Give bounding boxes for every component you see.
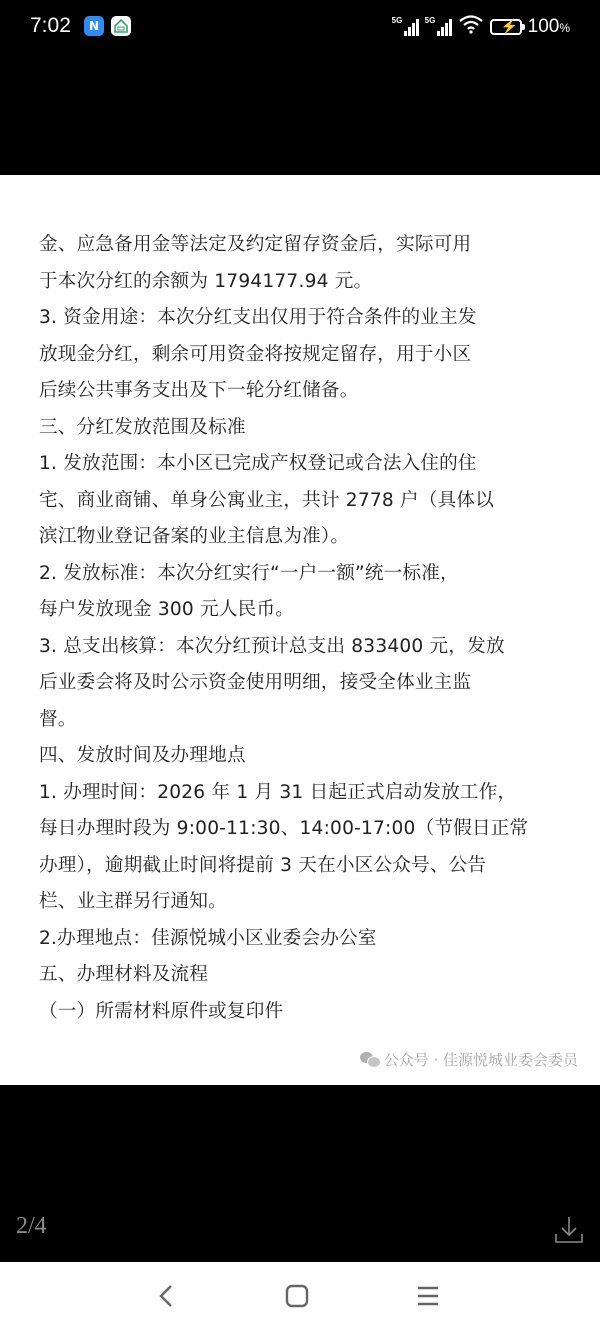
page-indicator: 2/4: [16, 1213, 47, 1240]
cellular-signal-2-icon: 5G: [425, 18, 452, 36]
document-line: 后续公共事务支出及下一轮分红储备。: [39, 373, 564, 410]
status-indicators: 5G 5G ⚡ 100%: [392, 14, 570, 40]
download-button[interactable]: [553, 1214, 585, 1246]
document-line: 每日办理时段为 9:00-11:30、14:00-17:00（节假日正常: [39, 811, 564, 848]
home-button[interactable]: [279, 1278, 315, 1314]
smart-home-icon: [111, 16, 131, 36]
wechat-icon: [360, 1052, 380, 1067]
document-line: 3. 总支出核算：本次分红预计总支出 833400 元，发放: [39, 629, 564, 666]
document-line: 1. 办理时间：2026 年 1 月 31 日起正式启动发放工作，: [39, 775, 564, 812]
menu-icon: [416, 1284, 440, 1308]
recents-button[interactable]: [410, 1278, 446, 1314]
document-line: （一）所需材料原件或复印件: [39, 994, 564, 1031]
document-text: 金、应急备用金等法定及约定留存资金后，实际可用于本次分红的余额为 1794177…: [39, 227, 564, 1030]
download-icon: [553, 1214, 585, 1246]
document-line: 金、应急备用金等法定及约定留存资金后，实际可用: [39, 227, 564, 264]
document-line: 2. 发放标准：本次分红实行“一户一额”统一标准，: [39, 556, 564, 593]
wifi-icon: [458, 14, 484, 40]
document-line: 2.办理地点：佳源悦城小区业委会办公室: [39, 921, 564, 958]
back-button[interactable]: [148, 1278, 184, 1314]
document-line: 1. 发放范围：本小区已完成产权登记或合法入住的住: [39, 446, 564, 483]
document-line: 办理），逾期截止时间将提前 3 天在小区公众号、公告: [39, 848, 564, 885]
document-line: 三、分红发放范围及标准: [39, 410, 564, 447]
document-line: 于本次分红的余额为 1794177.94 元。: [39, 264, 564, 301]
document-page-image[interactable]: 金、应急备用金等法定及约定留存资金后，实际可用于本次分红的余额为 1794177…: [0, 175, 600, 1085]
back-icon: [156, 1283, 176, 1309]
status-time: 7:02: [30, 14, 71, 38]
document-line: 放现金分红，剩余可用资金将按规定留存，用于小区: [39, 337, 564, 374]
status-bar: 7:02 N 5G 5G ⚡ 100%: [0, 0, 600, 56]
watermark-text: 公众号 · 佳源悦城业委会委员: [384, 1049, 578, 1070]
nfc-icon: N: [84, 16, 104, 36]
document-line: 每户发放现金 300 元人民币。: [39, 592, 564, 629]
document-line: 后业委会将及时公示资金使用明细，接受全体业主监: [39, 665, 564, 702]
navigation-bar: [0, 1262, 600, 1333]
document-line: 宅、商业商铺、单身公寓业主，共计 2778 户（具体以: [39, 483, 564, 520]
battery-percent: 100%: [528, 16, 570, 38]
document-line: 栏、业主群另行通知。: [39, 884, 564, 921]
document-line: 3. 资金用途：本次分红支出仅用于符合条件的业主发: [39, 300, 564, 337]
document-line: 督。: [39, 702, 564, 739]
document-line: 滨江物业登记备案的业主信息为准）。: [39, 519, 564, 556]
cellular-signal-1-icon: 5G: [392, 18, 419, 36]
battery-charging-icon: ⚡: [490, 19, 522, 35]
home-icon: [285, 1284, 309, 1308]
document-line: 五、办理材料及流程: [39, 957, 564, 994]
document-line: 四、发放时间及办理地点: [39, 738, 564, 775]
watermark: 公众号 · 佳源悦城业委会委员: [360, 1049, 578, 1070]
